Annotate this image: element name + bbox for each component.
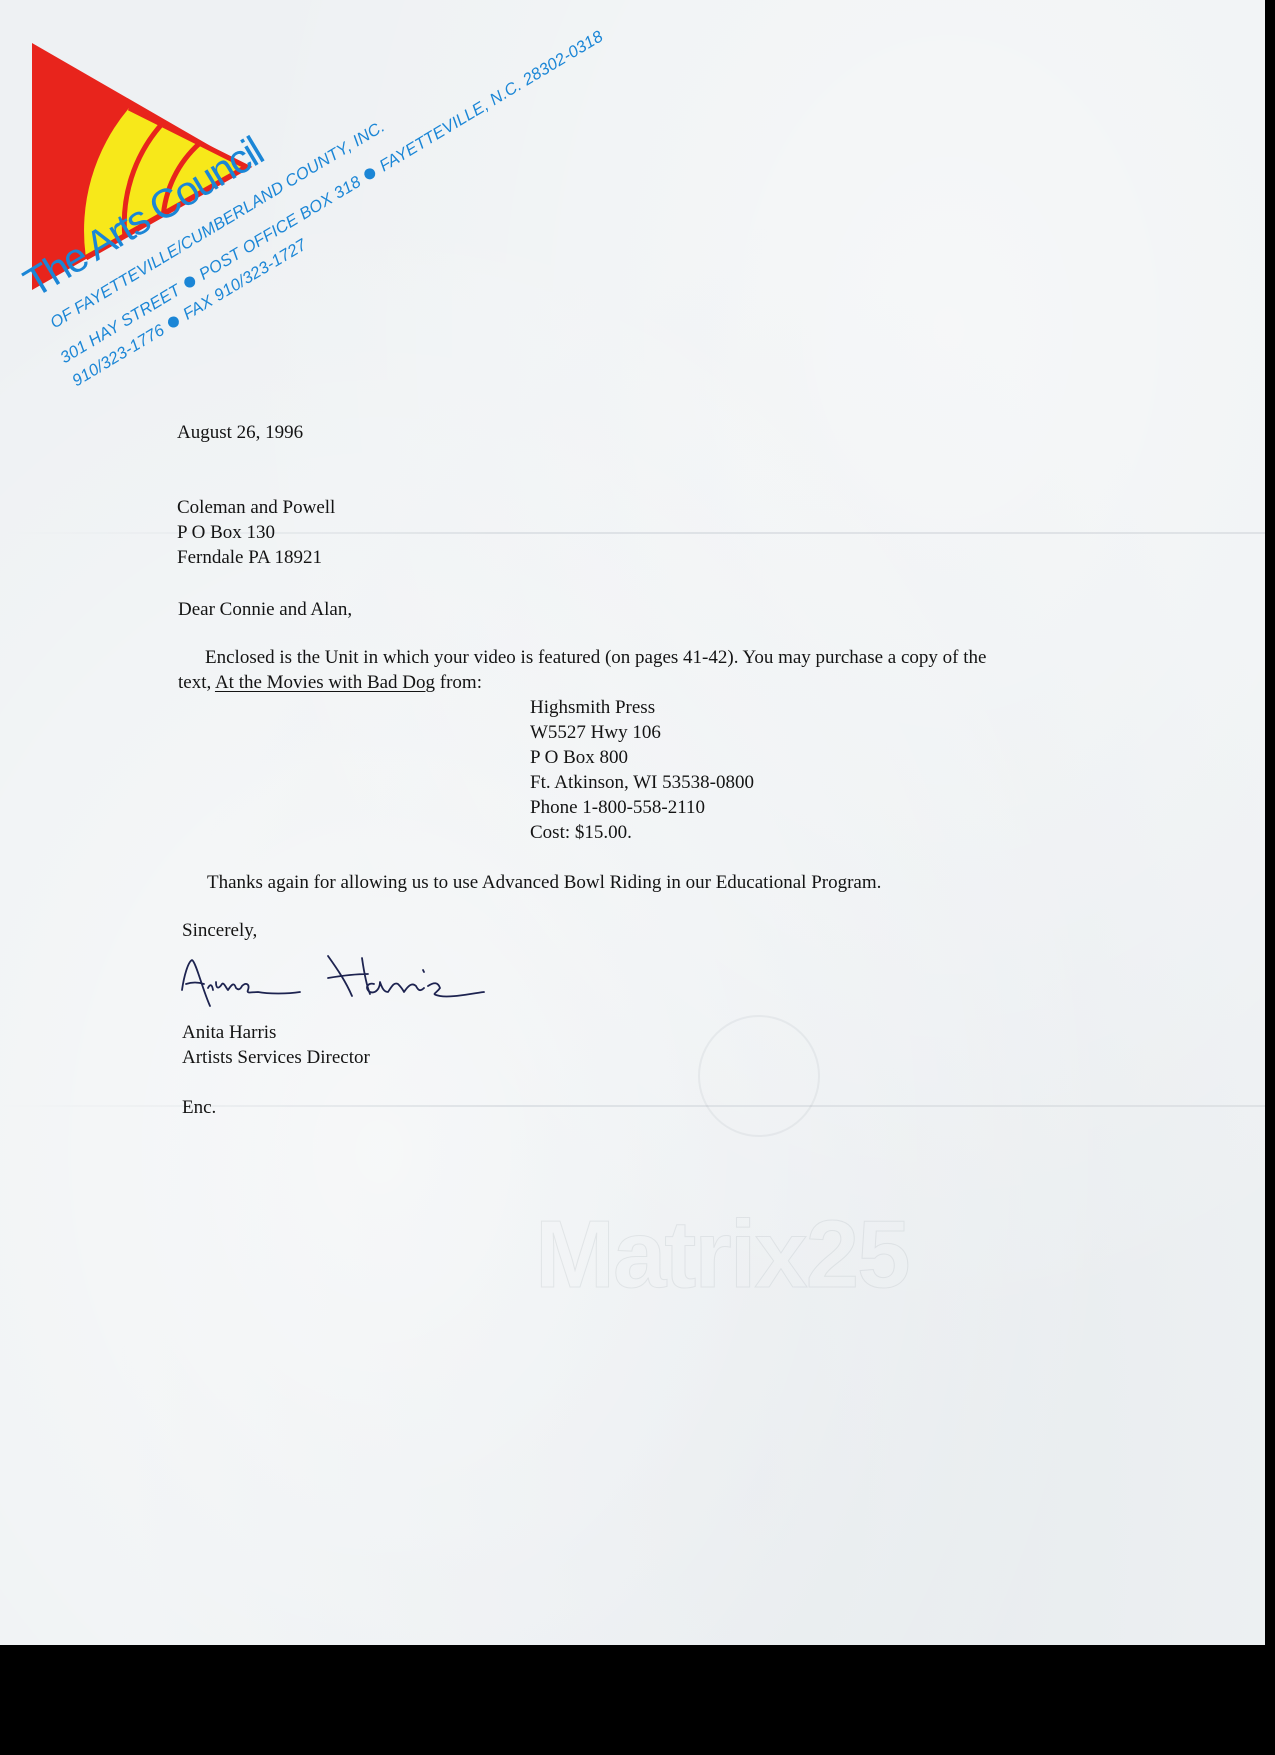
enclosure-notation: Enc. [182, 1098, 216, 1117]
book-title: At the Movies with Bad Dog [215, 672, 435, 693]
bullet-dot-icon [166, 314, 181, 329]
paragraph-1-line-2: text, At the Movies with Bad Dog from: [178, 673, 482, 692]
publisher-address-line: P O Box 800 [530, 748, 628, 767]
bullet-dot-icon [182, 274, 197, 289]
paragraph-2: Thanks again for allowing us to use Adva… [207, 873, 881, 892]
recipient-address-line: P O Box 130 [177, 523, 275, 542]
bullet-dot-icon [363, 166, 378, 181]
salutation: Dear Connie and Alan, [178, 600, 352, 619]
recipient-name: Coleman and Powell [177, 498, 335, 517]
publisher-address-line: W5527 Hwy 106 [530, 723, 661, 742]
publisher-address-line: Ft. Atkinson, WI 53538-0800 [530, 773, 754, 792]
publisher-phone: Phone 1-800-558-2110 [530, 798, 705, 817]
letter-date: August 26, 1996 [177, 423, 303, 442]
handwritten-signature [178, 948, 548, 1018]
recipient-address-line: Ferndale PA 18921 [177, 548, 322, 567]
book-cost: Cost: $15.00. [530, 823, 632, 842]
signer-title: Artists Services Director [182, 1048, 370, 1067]
paragraph-text: from: [435, 672, 482, 693]
signer-name: Anita Harris [182, 1023, 276, 1042]
publisher-name: Highsmith Press [530, 698, 655, 717]
paragraph-1-line-1: Enclosed is the Unit in which your video… [205, 648, 986, 667]
closing: Sincerely, [182, 921, 257, 940]
letter-page: Matrix25 The Arts Council OF FAYETTEVILL… [0, 0, 1265, 1645]
bleed-through-watermark: Matrix25 [535, 1200, 909, 1310]
paragraph-text: text, [178, 672, 215, 693]
bleed-through-seal [698, 1015, 820, 1137]
